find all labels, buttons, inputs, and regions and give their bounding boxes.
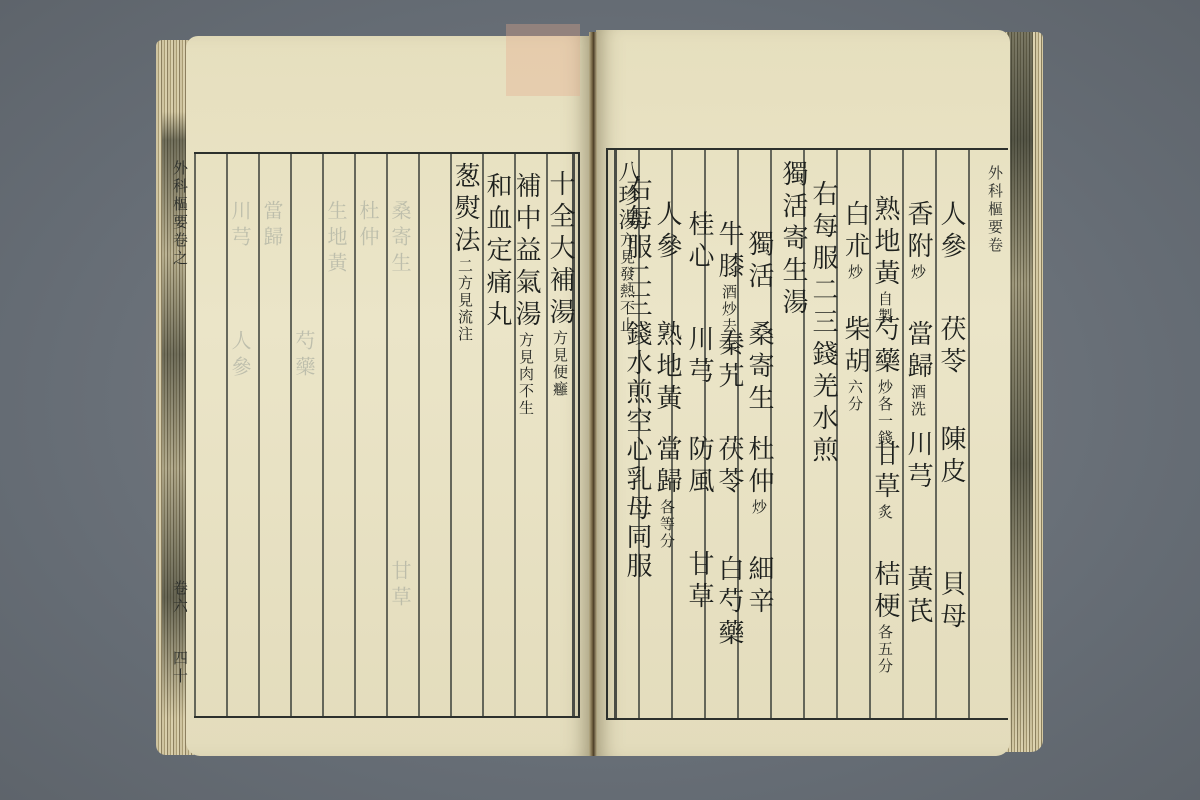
- formula-name: 十全大補湯: [545, 170, 575, 330]
- herb-note: 炒: [909, 264, 927, 281]
- herb: 當歸酒洗: [905, 320, 931, 418]
- herb: 杜仲: [744, 435, 774, 499]
- column-rule: [290, 154, 292, 716]
- herb: 人參: [936, 200, 966, 264]
- herb: 芍藥: [870, 315, 900, 379]
- herb-column-1: 人參: [938, 200, 964, 264]
- herb-note: 炒各一錢: [876, 379, 894, 447]
- herb-note: 炙: [876, 504, 894, 521]
- herb: 牛膝: [714, 220, 744, 284]
- herb-column-3: 熟地黃自製: [872, 195, 898, 325]
- herb-note: 各等分: [658, 499, 676, 550]
- collector-seal-stamp: [506, 24, 580, 96]
- right-page-stack-edge: [1005, 32, 1043, 752]
- formula-reference: 八珍湯方見發熱不止: [616, 160, 638, 334]
- herb: 白朮: [840, 200, 870, 264]
- left-column-2: 補中益氣湯方見肉不生: [513, 172, 539, 417]
- herb: 當歸各等分: [654, 435, 680, 550]
- herb-note: 炒: [750, 499, 768, 516]
- herb: 當歸: [903, 320, 933, 384]
- herb: 細辛: [746, 555, 772, 619]
- column-rule: [968, 150, 970, 718]
- left-column-4: 葱熨法二方見流注: [452, 162, 478, 343]
- ghost-text: 人參: [230, 330, 250, 382]
- left-margin-folio: 卷六: [170, 580, 191, 616]
- herb: 香附: [903, 200, 933, 264]
- ghost-text: 芍藥: [294, 330, 314, 382]
- herb: 陳皮: [938, 425, 964, 489]
- herb: 柴胡: [840, 315, 870, 379]
- herb-column-7: 獨活: [746, 230, 772, 294]
- ghost-text: 生地黃: [326, 200, 346, 278]
- dosage-instruction: 右每服二三錢羌水煎: [810, 180, 836, 468]
- ghost-text: 當歸: [262, 200, 282, 252]
- formula-note: 方見發熱不止: [618, 232, 636, 334]
- formula-name: 葱熨法: [450, 162, 480, 258]
- formula-title: 獨活寄生湯: [780, 160, 806, 320]
- herb-column-4: 白朮炒: [842, 200, 868, 281]
- ghost-text: 杜仲: [358, 200, 378, 252]
- herb: 甘草: [686, 550, 712, 614]
- herb: 川芎: [686, 325, 712, 389]
- herb: 黃芪: [905, 565, 931, 629]
- ghost-text: 甘草: [390, 560, 410, 612]
- formula-name: 補中益氣湯: [511, 172, 541, 332]
- herb: 茯苓: [716, 435, 742, 499]
- formula-note: 二方見流注: [456, 258, 474, 343]
- left-column-3: 和血定痛丸: [484, 172, 510, 332]
- herb: 甘草: [870, 440, 900, 504]
- right-margin-title: 外科樞要卷: [985, 165, 1006, 255]
- herb: 桔梗各五分: [872, 560, 898, 675]
- herb-note: 酒洗: [909, 384, 927, 418]
- herb: 桔梗: [870, 560, 900, 624]
- herb: 貝母: [938, 570, 964, 634]
- book-gutter: [589, 32, 597, 756]
- herb: 芍藥炒各一錢: [872, 315, 898, 447]
- herb: 甘草炙: [872, 440, 898, 521]
- formula-note: 方見便癰: [551, 330, 569, 398]
- herb: 川芎: [905, 430, 931, 494]
- left-column-1: 十全大補湯方見便癰: [547, 170, 573, 398]
- left-margin-folio-bottom: 四十: [170, 650, 191, 686]
- herb: 柴胡六分: [842, 315, 868, 413]
- left-margin-title: 外科樞要卷之: [170, 160, 191, 268]
- herb-note: 六分: [846, 379, 864, 413]
- formula-name: 和血定痛丸: [482, 172, 512, 332]
- herb-column-9: 桂心: [686, 210, 712, 274]
- herb: 熟地黃: [654, 320, 680, 416]
- herb: 桑寄生: [746, 320, 772, 416]
- column-rule: [194, 154, 196, 716]
- herb: 熟地黃: [870, 195, 900, 291]
- herb: 防風: [686, 435, 712, 499]
- herb-note: 各五分: [876, 624, 894, 675]
- herb: 白芍藥: [716, 555, 742, 651]
- herb: 杜仲炒: [746, 435, 772, 516]
- formula-name: 八珍湯: [615, 160, 640, 232]
- ghost-text: 川芎: [230, 200, 250, 252]
- herb: 茯苓: [938, 315, 964, 379]
- ghost-text: 桑寄生: [390, 200, 410, 278]
- herb: 當歸: [652, 435, 682, 499]
- column-rule: [418, 154, 420, 716]
- herb-column-10: 人參: [654, 200, 680, 264]
- herb: 秦艽: [716, 330, 742, 394]
- formula-note: 方見肉不生: [517, 332, 535, 417]
- herb-note: 炒: [846, 264, 864, 281]
- herb-column-2: 香附炒: [905, 200, 931, 281]
